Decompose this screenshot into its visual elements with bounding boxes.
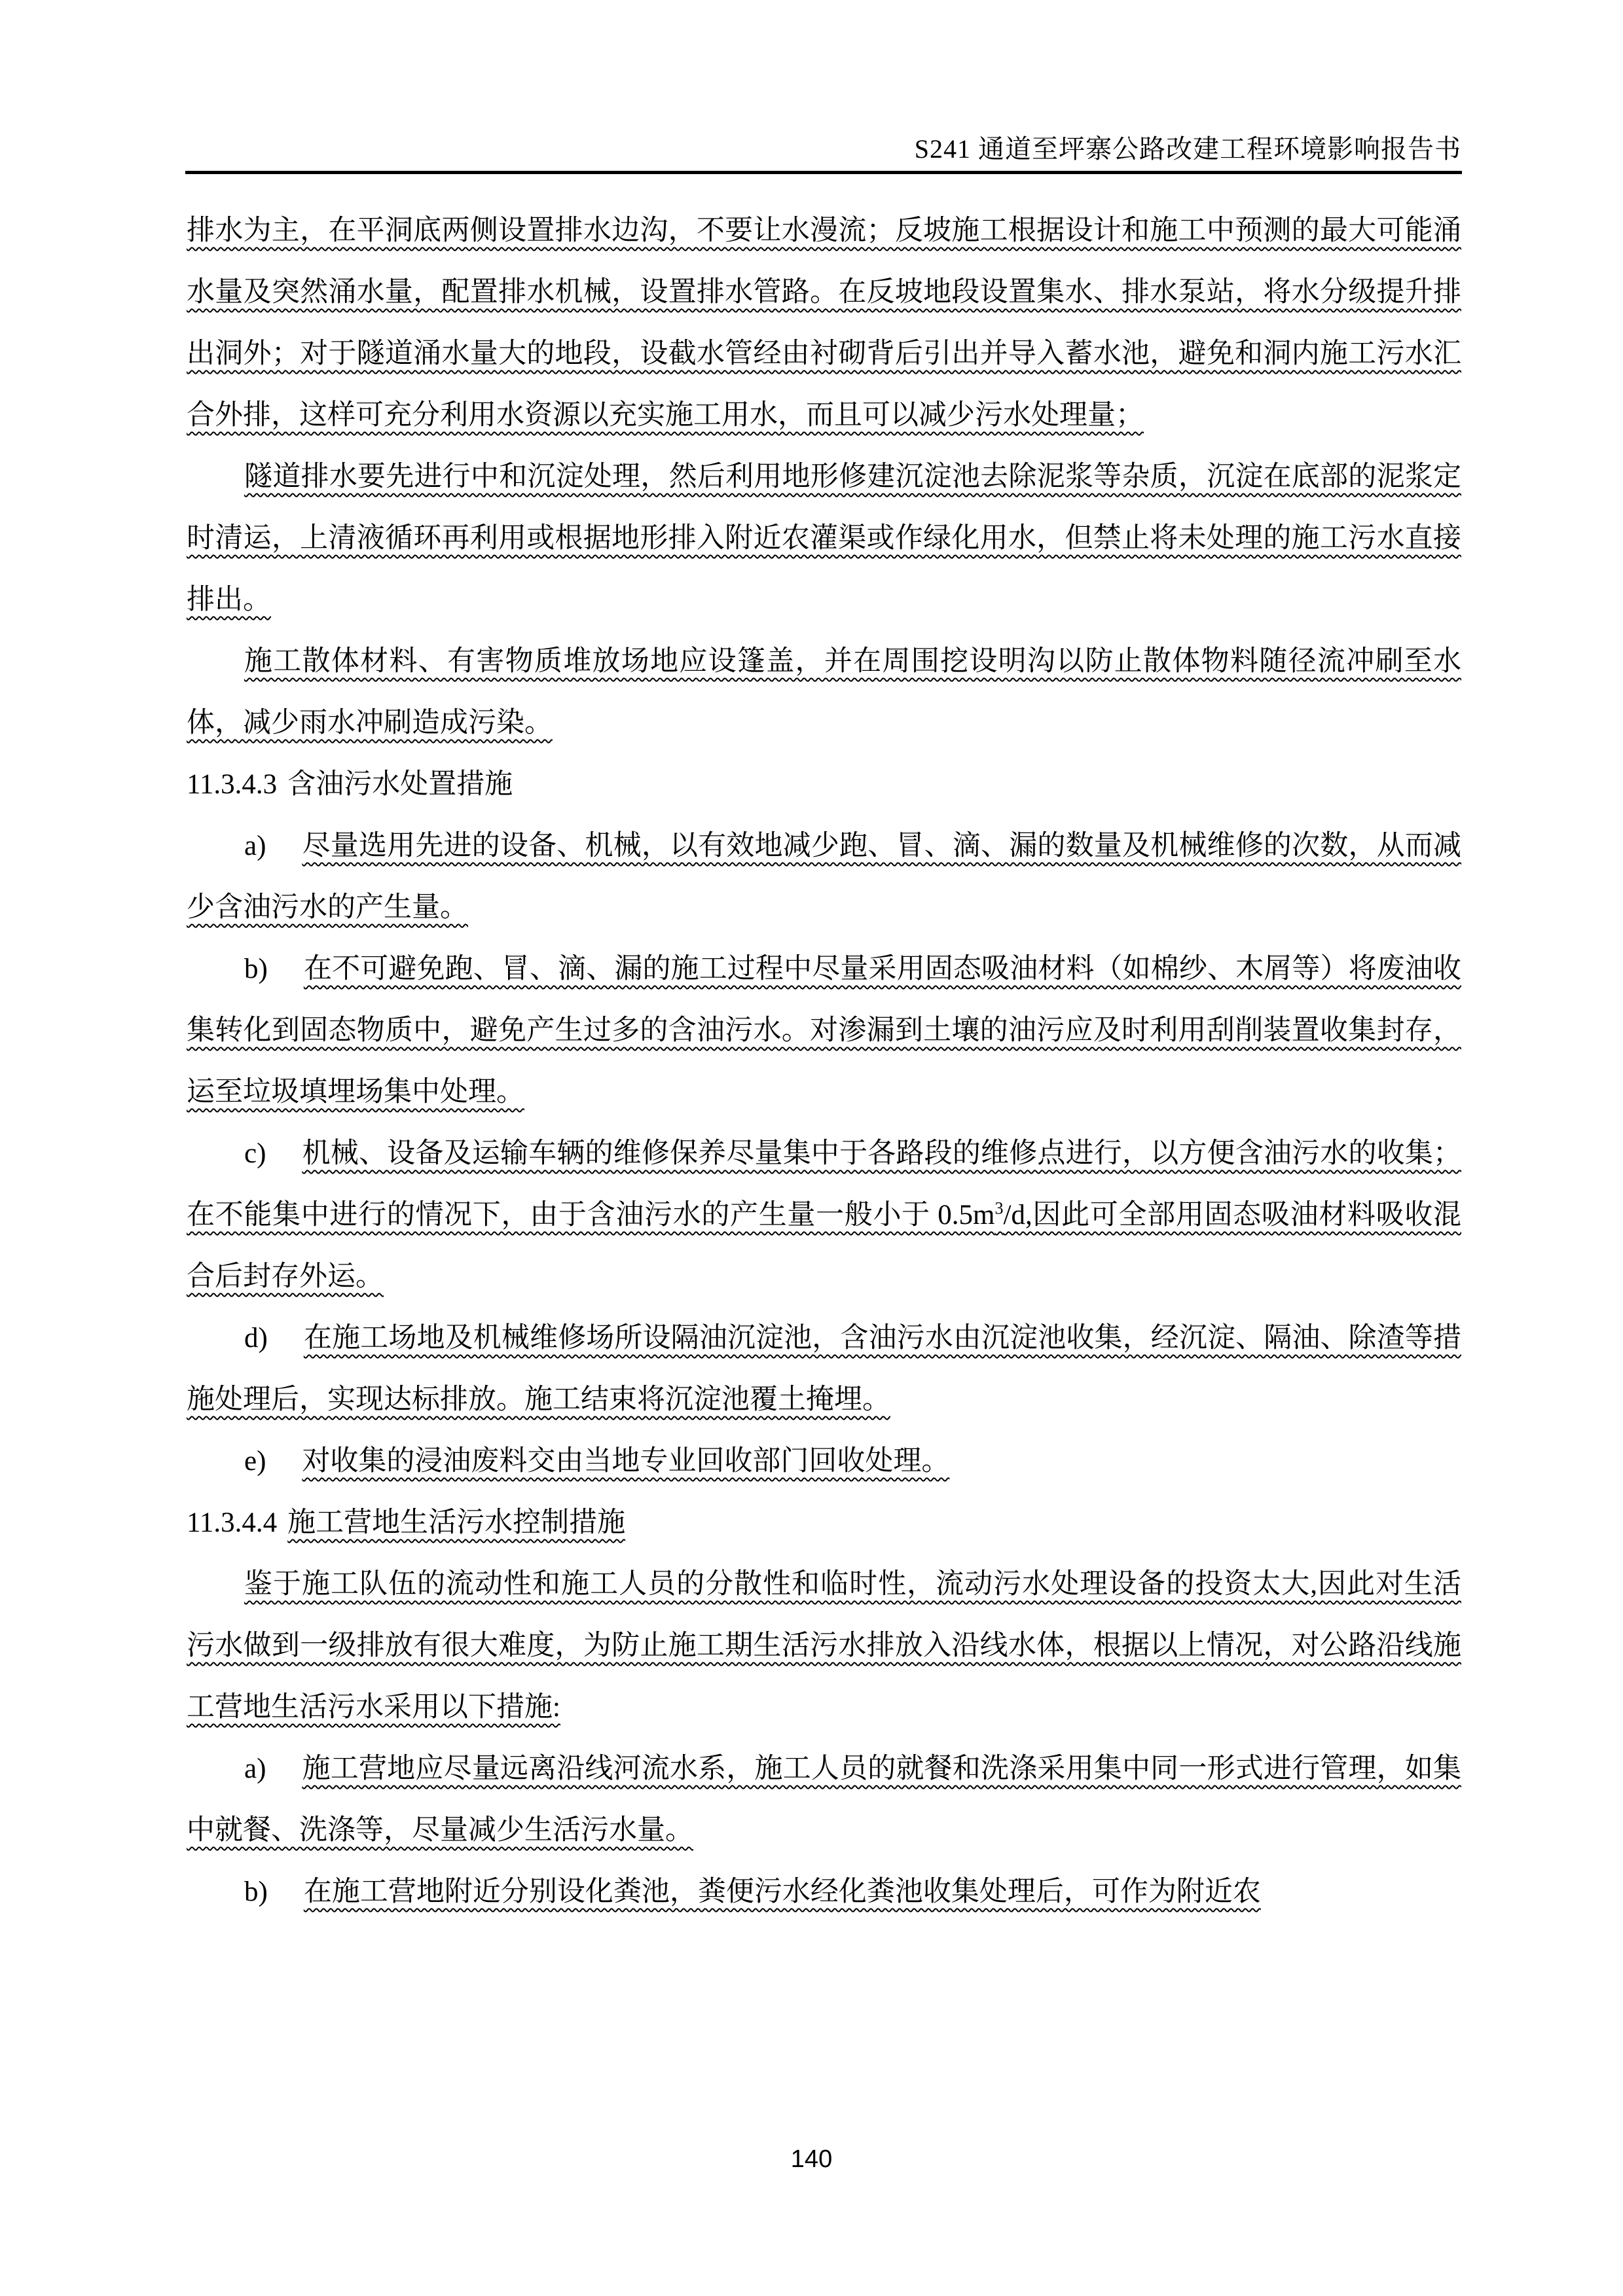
paragraph: 排水为主，在平洞底两侧设置排水边沟，不要让水漫流；反坡施工根据设计和施工中预测的… bbox=[187, 200, 1461, 446]
section-heading: 11.3.4.3含油污水处置措施 bbox=[187, 754, 1461, 816]
list-item-paragraph: c)机械、设备及运输车辆的维修保养尽量集中于各路段的维修点进行，以方便含油污水的… bbox=[187, 1123, 1461, 1308]
list-item-paragraph: d)在施工场地及机械维修场所设隔油沉淀池，含油污水由沉淀池收集，经沉淀、隔油、除… bbox=[187, 1308, 1461, 1431]
list-item-paragraph: a)施工营地应尽量远离沿线河流水系，施工人员的就餐和洗涤采用集中同一形式进行管理… bbox=[187, 1738, 1461, 1861]
paragraph-text: 施工散体材料、有害物质堆放场地应设篷盖，并在周围挖设明沟以防止散体物料随径流冲刷… bbox=[187, 646, 1461, 738]
heading-title: 含油污水处置措施 bbox=[287, 769, 513, 800]
page-header-title: S241 通道至坪寨公路改建工程环境影响报告书 bbox=[187, 128, 1461, 166]
paragraph-body: 排水为主，在平洞底两侧设置排水边沟，不要让水漫流；反坡施工根据设计和施工中预测的… bbox=[187, 215, 1461, 431]
paragraph-text: 对收集的浸油废料交由当地专业回收部门回收处理。 bbox=[302, 1446, 949, 1477]
item-marker: c) bbox=[244, 1138, 266, 1169]
page-number: 140 bbox=[0, 2145, 1623, 2174]
item-text: 对收集的浸油废料交由当地专业回收部门回收处理。 bbox=[302, 1446, 949, 1477]
document-body: 排水为主，在平洞底两侧设置排水边沟，不要让水漫流；反坡施工根据设计和施工中预测的… bbox=[187, 200, 1461, 1923]
item-marker: b) bbox=[244, 1876, 268, 1907]
heading-number: 11.3.4.4 bbox=[187, 1507, 277, 1538]
document-page: S241 通道至坪寨公路改建工程环境影响报告书 排水为主，在平洞底两侧设置排水边… bbox=[0, 0, 1623, 2296]
item-marker: e) bbox=[244, 1446, 266, 1477]
item-text: 在施工营地附近分别设化粪池，粪便污水经化粪池收集处理后，可作为附近农 bbox=[304, 1876, 1261, 1907]
paragraph-text: 在施工营地附近分别设化粪池，粪便污水经化粪池收集处理后，可作为附近农 bbox=[304, 1876, 1261, 1907]
paragraph-text: 排水为主，在平洞底两侧设置排水边沟，不要让水漫流；反坡施工根据设计和施工中预测的… bbox=[187, 215, 1461, 431]
header-divider bbox=[185, 171, 1462, 174]
list-item-paragraph: a)尽量选用先进的设备、机械，以有效地减少跑、冒、滴、漏的数量及机械维修的次数，… bbox=[187, 816, 1461, 939]
paragraph-text: 鉴于施工队伍的流动性和施工人员的分散性和临时性，流动污水处理设备的投资太大,因此… bbox=[187, 1569, 1461, 1723]
paragraph-text: 在施工场地及机械维修场所设隔油沉淀池，含油污水由沉淀池收集，经沉淀、隔油、除渣等… bbox=[187, 1323, 1461, 1415]
paragraph-text: 尽量选用先进的设备、机械，以有效地减少跑、冒、滴、漏的数量及机械维修的次数，从而… bbox=[187, 831, 1461, 923]
paragraph-text: 在不可避免跑、冒、滴、漏的施工过程中尽量采用固态吸油材料（如棉纱、木屑等）将废油… bbox=[187, 954, 1461, 1107]
list-item-paragraph: e)对收集的浸油废料交由当地专业回收部门回收处理。 bbox=[187, 1431, 1461, 1492]
item-text: 在不可避免跑、冒、滴、漏的施工过程中尽量采用固态吸油材料（如棉纱、木屑等）将废油… bbox=[187, 954, 1461, 1107]
paragraph: 鉴于施工队伍的流动性和施工人员的分散性和临时性，流动污水处理设备的投资太大,因此… bbox=[187, 1554, 1461, 1738]
paragraph-body: 隧道排水要先进行中和沉淀处理，然后利用地形修建沉淀池去除泥浆等杂质，沉淀在底部的… bbox=[187, 461, 1461, 615]
item-marker: d) bbox=[244, 1323, 268, 1354]
heading-number: 11.3.4.3 bbox=[187, 769, 277, 800]
paragraph-body: 施工散体材料、有害物质堆放场地应设篷盖，并在周围挖设明沟以防止散体物料随径流冲刷… bbox=[187, 646, 1461, 738]
item-text: 机械、设备及运输车辆的维修保养尽量集中于各路段的维修点进行，以方便含油污水的收集… bbox=[187, 1138, 1461, 1292]
item-marker: b) bbox=[244, 954, 268, 984]
heading-title: 施工营地生活污水控制措施 bbox=[287, 1507, 625, 1538]
item-marker: a) bbox=[244, 831, 266, 861]
paragraph: 隧道排水要先进行中和沉淀处理，然后利用地形修建沉淀池去除泥浆等杂质，沉淀在底部的… bbox=[187, 446, 1461, 631]
paragraph-text: 施工营地应尽量远离沿线河流水系，施工人员的就餐和洗涤采用集中同一形式进行管理，如… bbox=[187, 1753, 1461, 1846]
list-item-paragraph: b)在施工营地附近分别设化粪池，粪便污水经化粪池收集处理后，可作为附近农 bbox=[187, 1861, 1461, 1923]
superscript: 3 bbox=[995, 1199, 1004, 1218]
list-item-paragraph: b)在不可避免跑、冒、滴、漏的施工过程中尽量采用固态吸油材料（如棉纱、木屑等）将… bbox=[187, 939, 1461, 1123]
paragraph: 施工散体材料、有害物质堆放场地应设篷盖，并在周围挖设明沟以防止散体物料随径流冲刷… bbox=[187, 631, 1461, 754]
item-text: 在施工场地及机械维修场所设隔油沉淀池，含油污水由沉淀池收集，经沉淀、隔油、除渣等… bbox=[187, 1323, 1461, 1415]
section-heading: 11.3.4.4施工营地生活污水控制措施 bbox=[187, 1492, 1461, 1554]
paragraph-text: 隧道排水要先进行中和沉淀处理，然后利用地形修建沉淀池去除泥浆等杂质，沉淀在底部的… bbox=[187, 461, 1461, 615]
item-text: 施工营地应尽量远离沿线河流水系，施工人员的就餐和洗涤采用集中同一形式进行管理，如… bbox=[187, 1753, 1461, 1846]
paragraph-body: 鉴于施工队伍的流动性和施工人员的分散性和临时性，流动污水处理设备的投资太大,因此… bbox=[187, 1569, 1461, 1723]
item-text: 尽量选用先进的设备、机械，以有效地减少跑、冒、滴、漏的数量及机械维修的次数，从而… bbox=[187, 831, 1461, 923]
item-marker: a) bbox=[244, 1753, 266, 1784]
